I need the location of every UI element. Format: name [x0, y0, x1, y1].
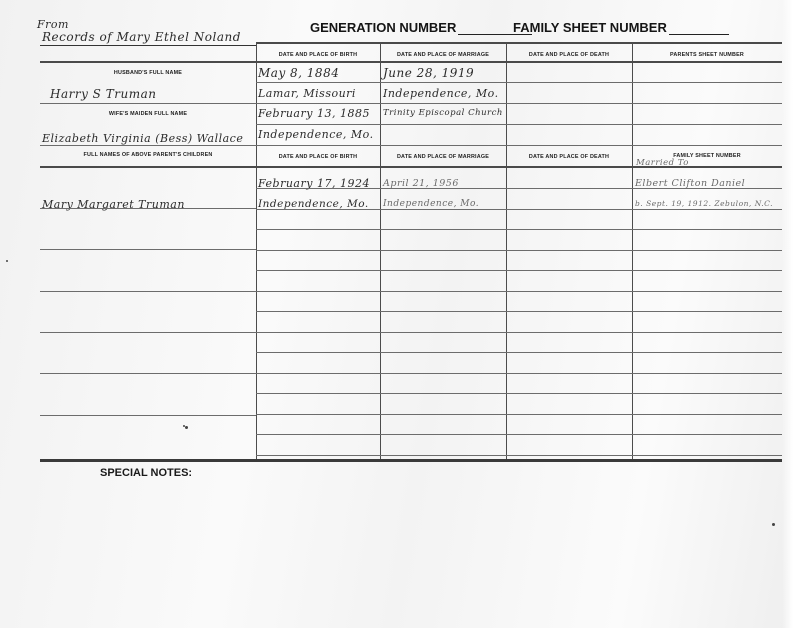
ruling-line — [256, 209, 782, 210]
ruling-line — [256, 352, 782, 353]
children-name-header: FULL NAMES OF ABOVE PARENT'S CHILDREN — [40, 152, 256, 158]
ruling-line — [256, 332, 782, 333]
child-marriage-place: Independence, Mo. — [383, 199, 479, 209]
wife-birth-place: Independence, Mo. — [258, 128, 374, 141]
col-header-marriage: DATE AND PLACE OF MARRIAGE — [380, 52, 506, 58]
ruling-line — [256, 414, 782, 415]
ruling-line — [40, 415, 256, 416]
col-header-parents-sheet: PARENTS SHEET NUMBER — [632, 52, 782, 58]
special-notes-label: SPECIAL NOTES: — [100, 467, 192, 479]
husband-label: HUSBAND'S FULL NAME — [40, 70, 256, 76]
ruling-line — [256, 124, 782, 125]
ruling-line — [256, 82, 782, 83]
marriage-church: Trinity Episcopal Church — [383, 108, 503, 118]
ruling-line — [40, 103, 256, 104]
child-col-header-death: DATE AND PLACE OF DEATH — [506, 154, 632, 160]
ruling-line — [256, 229, 782, 230]
col-header-birth: DATE AND PLACE OF BIRTH — [256, 52, 380, 58]
dust-speck — [185, 426, 188, 429]
records-underline — [40, 45, 256, 46]
children-header-rule — [40, 166, 782, 168]
top-rule — [256, 42, 782, 44]
child-col-header-birth: DATE AND PLACE OF BIRTH — [256, 154, 380, 160]
ruling-line — [40, 145, 256, 146]
header-rule — [40, 61, 782, 63]
ruling-line — [40, 249, 256, 250]
ruling-line — [40, 208, 256, 209]
ruling-line — [256, 434, 782, 435]
ruling-line — [256, 311, 782, 312]
ruling-line — [256, 270, 782, 271]
ruling-line — [256, 455, 782, 456]
child-spouse-birth: b. Sept. 19, 1912. Zebulon, N.C. — [635, 199, 773, 208]
records-of: Records of Mary Ethel Noland — [42, 30, 241, 44]
col-header-death: DATE AND PLACE OF DEATH — [506, 52, 632, 58]
page-edge — [782, 0, 800, 628]
family-sheet-number: FAMILY SHEET NUMBER — [513, 20, 729, 35]
child-col-header-marriage: DATE AND PLACE OF MARRIAGE — [380, 154, 506, 160]
husband-birth-place: Lamar, Missouri — [258, 87, 356, 100]
section-bottom-rule — [40, 459, 782, 462]
generation-number: GENERATION NUMBER — [310, 20, 532, 35]
ruling-line — [256, 145, 782, 146]
ruling-line — [256, 291, 782, 292]
ruling-line — [256, 103, 782, 104]
dust-speck — [772, 523, 775, 526]
dust-speck — [6, 260, 8, 262]
wife-label: WIFE'S MAIDEN FULL NAME — [40, 111, 256, 117]
generation-number-label: GENERATION NUMBER — [310, 20, 456, 35]
husband-name: Harry S Truman — [50, 87, 156, 101]
husband-birth-date: May 8, 1884 — [258, 66, 339, 80]
wife-name: Elizabeth Virginia (Bess) Wallace — [42, 132, 243, 145]
ruling-line — [256, 188, 782, 189]
ruling-line — [256, 250, 782, 251]
ruling-line — [40, 291, 256, 292]
marriage-place: Independence, Mo. — [383, 87, 499, 100]
ruling-line — [40, 332, 256, 333]
family-sheet-number-field[interactable] — [669, 24, 729, 35]
child-name: Mary Margaret Truman — [42, 198, 185, 211]
ruling-line — [40, 373, 256, 374]
ruling-line — [256, 393, 782, 394]
ruling-line — [256, 373, 782, 374]
wife-birth-date: February 13, 1885 — [258, 107, 370, 120]
marriage-date: June 28, 1919 — [383, 66, 474, 80]
special-notes-area[interactable] — [40, 485, 782, 605]
family-sheet-number-label: FAMILY SHEET NUMBER — [513, 20, 667, 35]
